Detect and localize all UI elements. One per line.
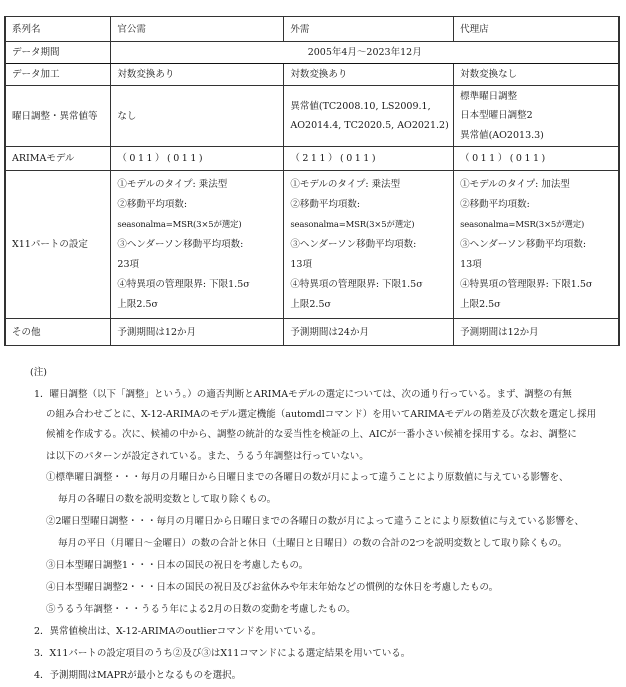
series-gaiju: 外需 — [284, 17, 454, 42]
period-value: 2005年4月～2023年12月 — [111, 42, 619, 64]
x11-line: 上限2.5σ — [290, 295, 447, 315]
youbi-dairiten-line: 日本型曜日調整2 — [460, 106, 612, 126]
youbi-gaiju: 異常値(TC2008.10, LS2009.1, AO2014.4, TC202… — [284, 86, 454, 147]
note-line: 1．曜日調整（以下「調整」という。）の適否判断とARIMAモデルの選定については… — [34, 388, 572, 402]
other-gaiju: 予測期間は24か月 — [284, 319, 454, 346]
x11-line: ①モデルのタイプ: 乗法型 — [290, 175, 447, 195]
note-line: 候補を作成する。次に、候補の中から、調整の統計的な妥当性を検証の上、AICが一番… — [46, 428, 577, 442]
period-label: データ期間 — [5, 42, 111, 64]
table-row-x11: X11パートの設定 ①モデルのタイプ: 乗法型 ②移動平均項数: seasona… — [5, 171, 619, 319]
x11-line: 13項 — [290, 255, 447, 275]
youbi-gaiju-line: AO2014.4, TC2020.5, AO2021.2) — [290, 116, 447, 136]
processing-kankoju: 対数変換あり — [111, 64, 284, 86]
x11-line: ③ヘンダーソン移動平均項数: — [290, 235, 447, 255]
note-line: ②2曜日型曜日調整・・・毎月の月曜日から日曜日までの各曜日の数が月によって違うこ… — [46, 515, 584, 529]
x11-kankoju: ①モデルのタイプ: 乗法型 ②移動平均項数: seasonalma=MSR(3×… — [111, 171, 284, 319]
other-label: その他 — [5, 319, 111, 346]
model-spec-table: 系列名 官公需 外需 代理店 データ期間 2005年4月～2023年12月 デー… — [4, 16, 620, 346]
youbi-dairiten-line: 標準曜日調整 — [460, 87, 612, 107]
x11-line: ④特異項の管理限界: 下限1.5σ — [290, 275, 447, 295]
x11-line: seasonalma=MSR(3×5が選定) — [460, 215, 612, 235]
series-dairiten: 代理店 — [454, 17, 619, 42]
x11-line: ③ヘンダーソン移動平均項数: — [460, 235, 612, 255]
note-line: 毎月の平日（月曜日～金曜日）の数の合計と休日（土曜日と日曜日）の数の合計の2つを… — [58, 537, 567, 551]
note-line: は以下のパターンが設定されている。また、うるう年調整は行っていない。 — [46, 450, 369, 464]
x11-line: ②移動平均項数: — [460, 195, 612, 215]
x11-line: ④特異項の管理限界: 下限1.5σ — [460, 275, 612, 295]
table-row-period: データ期間 2005年4月～2023年12月 — [5, 42, 619, 64]
note-line: の組み合わせごとに、X-12-ARIMAのモデル選定機能（automdlコマンド… — [46, 408, 596, 422]
table-row-processing: データ加工 対数変換あり 対数変換あり 対数変換なし — [5, 64, 619, 86]
note-line: 3．X11パートの設定項目のうち②及び③はX11コマンドによる選定結果を用いてい… — [34, 647, 410, 661]
arima-label: ARIMAモデル — [5, 147, 111, 171]
arima-gaiju: （211）(011) — [284, 147, 454, 171]
x11-line: ②移動平均項数: — [290, 195, 447, 215]
table-row-arima: ARIMAモデル （011）(011) （211）(011) （011）(011… — [5, 147, 619, 171]
table-row-other: その他 予測期間は12か月 予測期間は24か月 予測期間は12か月 — [5, 319, 619, 346]
processing-label: データ加工 — [5, 64, 111, 86]
note-line: 毎月の各曜日の数を説明変数として取り除くもの。 — [58, 493, 276, 507]
processing-dairiten: 対数変換なし — [454, 64, 619, 86]
note-line: ⑤うるう年調整・・・うるう年による2月の日数の変動を考慮したもの。 — [46, 603, 356, 617]
x11-gaiju: ①モデルのタイプ: 乗法型 ②移動平均項数: seasonalma=MSR(3×… — [284, 171, 454, 319]
x11-line: ④特異項の管理限界: 下限1.5σ — [117, 275, 277, 295]
x11-line: ③ヘンダーソン移動平均項数: — [117, 235, 277, 255]
x11-line: ①モデルのタイプ: 乗法型 — [117, 175, 277, 195]
youbi-gaiju-line: 異常値(TC2008.10, LS2009.1, — [290, 97, 447, 117]
x11-line: ②移動平均項数: — [117, 195, 277, 215]
table-row-youbi: 曜日調整・異常値等 なし 異常値(TC2008.10, LS2009.1, AO… — [5, 86, 619, 147]
arima-dairiten: （011）(011) — [454, 147, 619, 171]
x11-line: 13項 — [460, 255, 612, 275]
x11-line: 上限2.5σ — [460, 295, 612, 315]
other-kankoju: 予測期間は12か月 — [111, 319, 284, 346]
note-line: 2．異常値検出は、X-12-ARIMAのoutlierコマンドを用いている。 — [34, 625, 321, 639]
youbi-dairiten-line: 異常値(AO2013.3) — [460, 126, 612, 146]
youbi-dairiten: 標準曜日調整 日本型曜日調整2 異常値(AO2013.3) — [454, 86, 619, 147]
x11-line: 23項 — [117, 255, 277, 275]
arima-kankoju: （011）(011) — [111, 147, 284, 171]
series-kankoju: 官公需 — [111, 17, 284, 42]
notes-heading: (注) — [30, 366, 47, 380]
note-line: 4．予測期間はMAPRが最小となるものを選択。 — [34, 669, 241, 683]
table-header-row: 系列名 官公需 外需 代理店 — [5, 17, 619, 42]
series-name-label: 系列名 — [5, 17, 111, 42]
youbi-label: 曜日調整・異常値等 — [5, 86, 111, 147]
note-line: ①標準曜日調整・・・毎月の月曜日から日曜日までの各曜日の数が月によって違うことに… — [46, 471, 569, 485]
x11-line: seasonalma=MSR(3×5が選定) — [290, 215, 447, 235]
note-line: ④日本型曜日調整2・・・日本の国民の祝日及びお盆休みや年末年始などの慣例的な休日… — [46, 581, 498, 595]
other-dairiten: 予測期間は12か月 — [454, 319, 619, 346]
youbi-kankoju: なし — [111, 86, 284, 147]
processing-gaiju: 対数変換あり — [284, 64, 454, 86]
note-line: ③日本型曜日調整1・・・日本の国民の祝日を考慮したもの。 — [46, 559, 308, 573]
x11-line: seasonalma=MSR(3×5が選定) — [117, 215, 277, 235]
x11-dairiten: ①モデルのタイプ: 加法型 ②移動平均項数: seasonalma=MSR(3×… — [454, 171, 619, 319]
x11-line: 上限2.5σ — [117, 295, 277, 315]
x11-label: X11パートの設定 — [5, 171, 111, 319]
x11-line: ①モデルのタイプ: 加法型 — [460, 175, 612, 195]
